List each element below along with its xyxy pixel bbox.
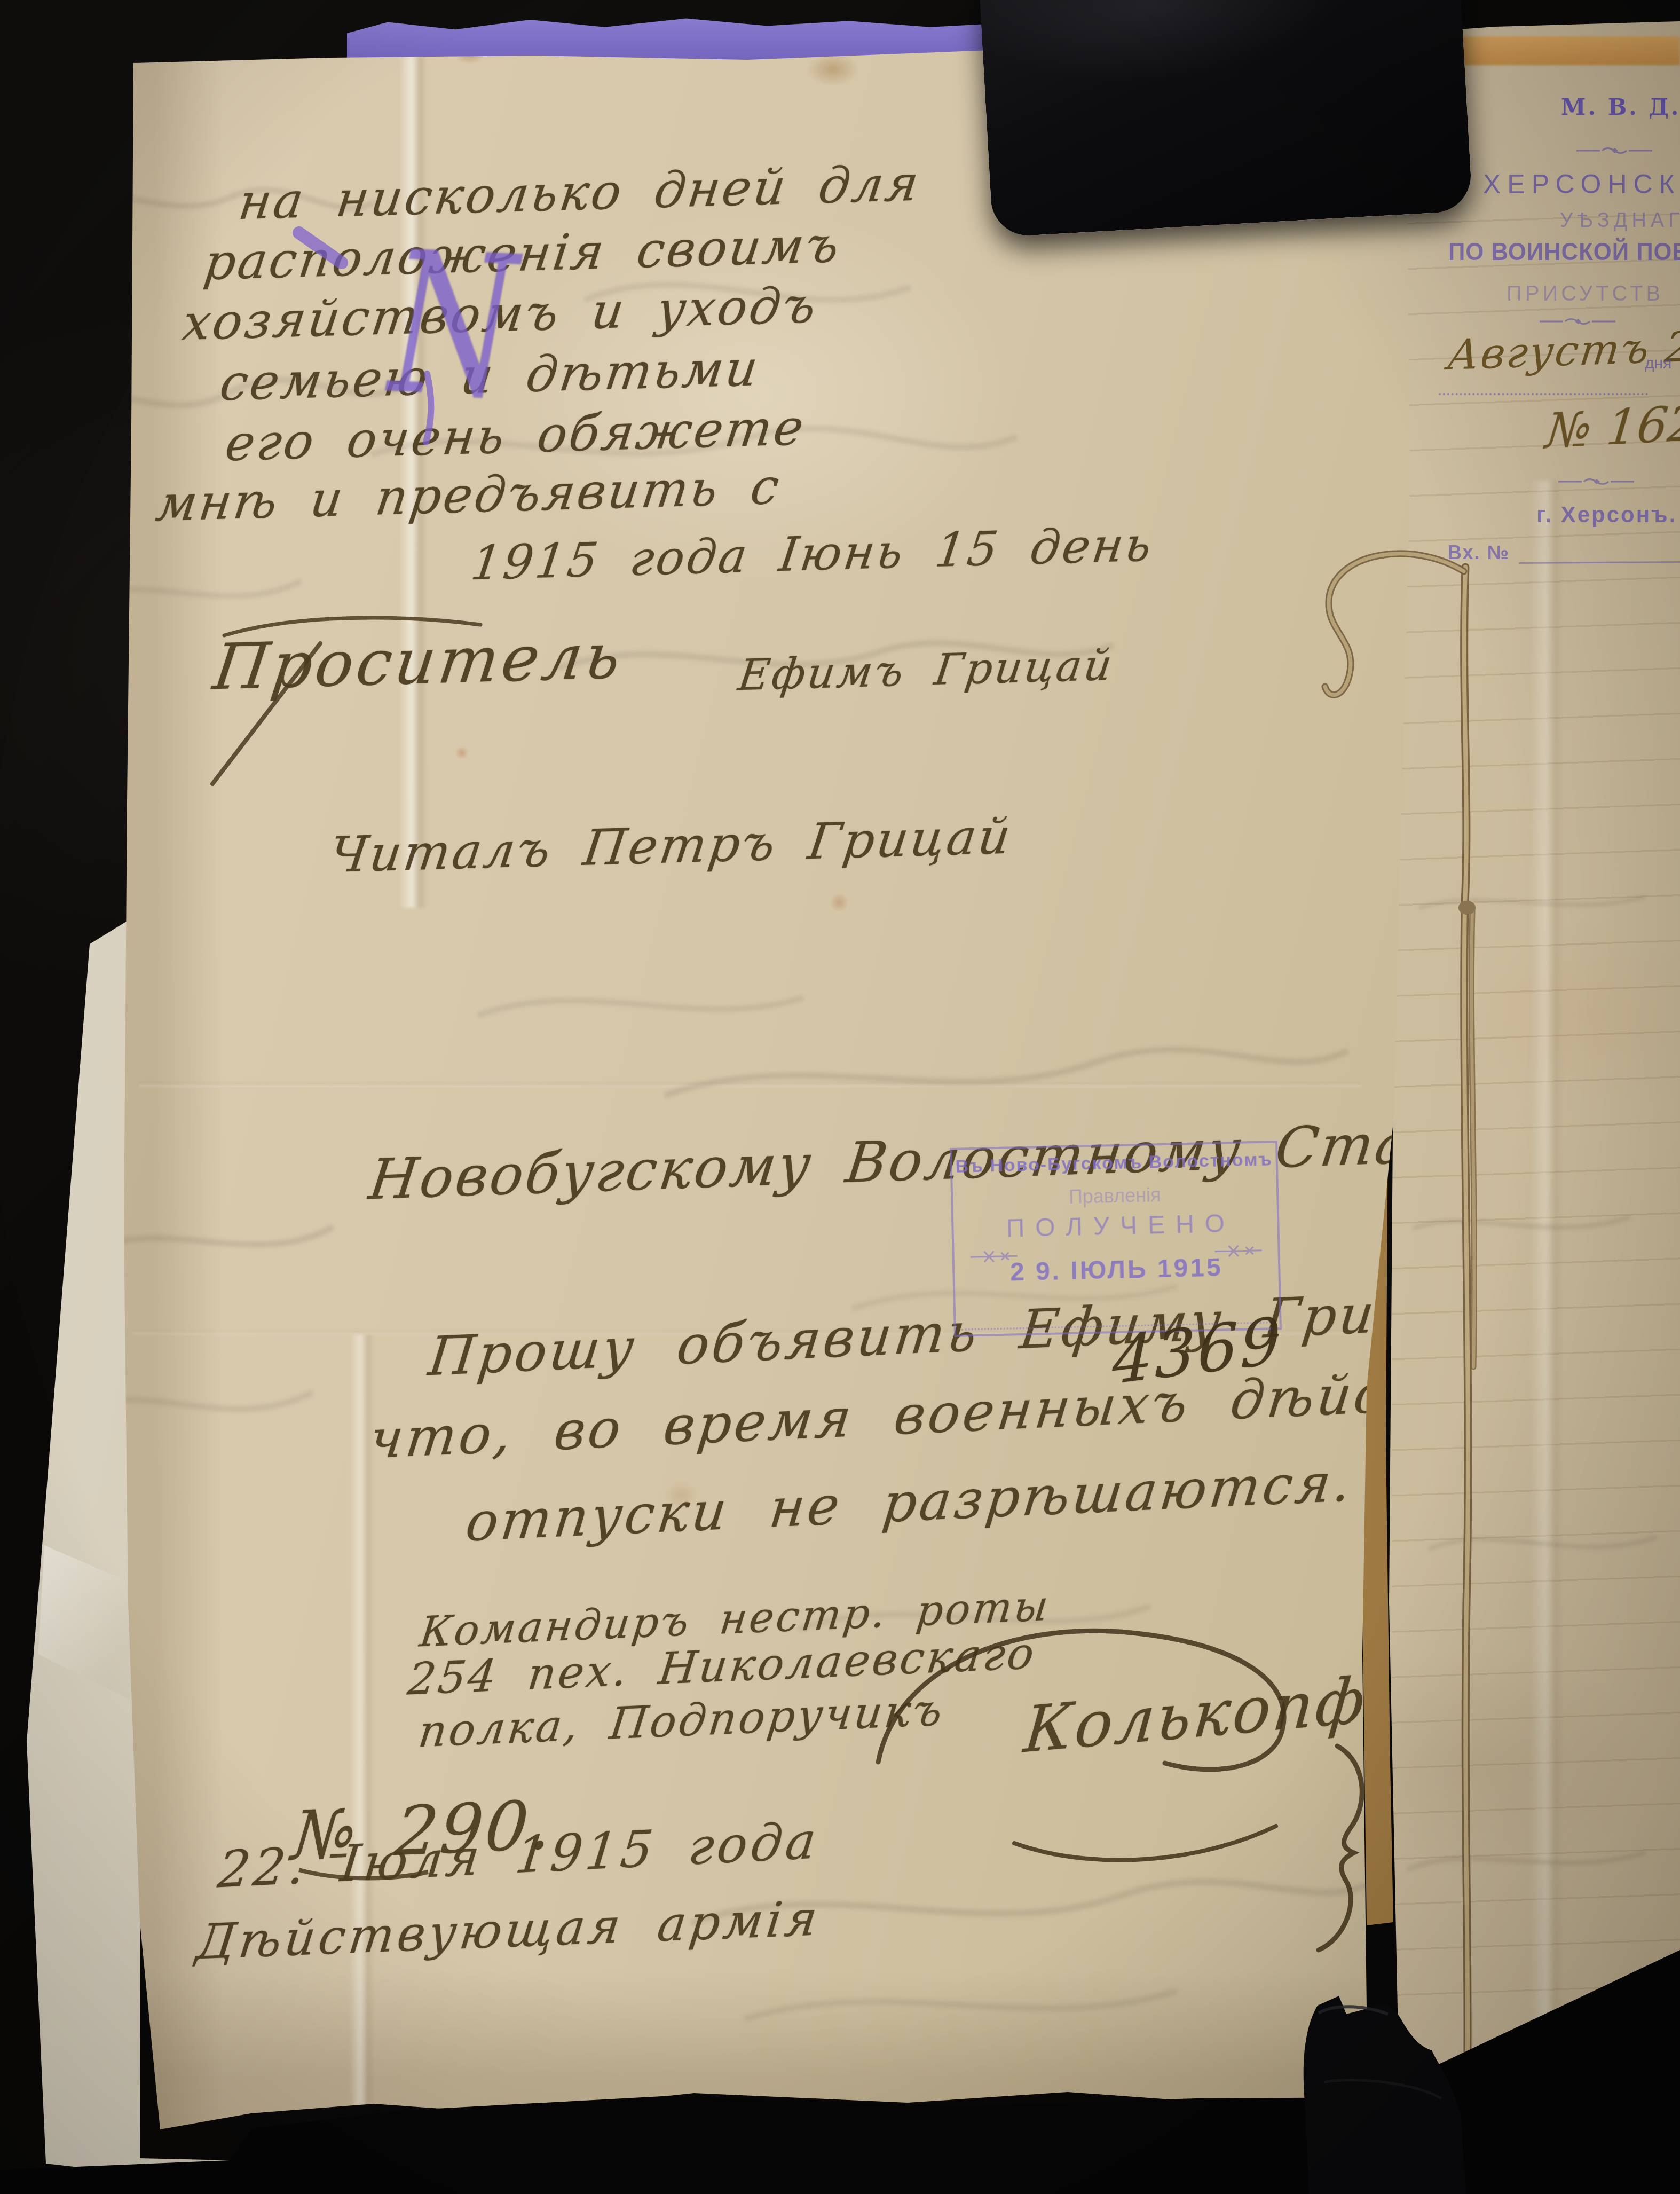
stamp-line: ПОЛУЧЕНО bbox=[953, 1208, 1277, 1245]
witness-read-line: Читалъ Петръ Грицай bbox=[326, 807, 1016, 884]
orange-edge-band bbox=[1441, 36, 1680, 65]
binder-clip-top bbox=[977, 0, 1473, 238]
petitioner-signature-name: Ефимъ Грицай bbox=[736, 640, 1117, 700]
letter-body-line: отпуски не разрѣшаются. — bbox=[463, 1446, 1454, 1553]
letterhead-office-line: ПО ВОИНСКОЙ ПОВИ bbox=[1448, 237, 1680, 266]
stamp-line: Въ Ново-Бугскомъ Волостномъ bbox=[952, 1149, 1276, 1177]
letterhead-ministry: М. В. Д. bbox=[1561, 94, 1680, 120]
letterhead-day-label: дня bbox=[1645, 355, 1671, 373]
stamp-line: Правленія bbox=[953, 1181, 1277, 1211]
archival-photo: М. В. Д. ХЕРСОНСК УѢЗДНАГО ПО ВОИНСКОЙ П… bbox=[0, 0, 1680, 2194]
date-underline bbox=[1439, 393, 1648, 395]
letterhead-city: г. Херсонъ. bbox=[1536, 502, 1677, 528]
sheet-edge-crease bbox=[139, 1083, 1361, 1087]
flourish-divider-icon bbox=[1574, 145, 1654, 156]
page-crease bbox=[1530, 481, 1562, 2029]
petitioner-signature-label: Проситель bbox=[209, 619, 628, 704]
letterhead-office-line: УѢЗДНАГО bbox=[1560, 209, 1680, 232]
letterhead-office-line: ХЕРСОНСК bbox=[1483, 169, 1680, 200]
flourish-divider-icon bbox=[1537, 316, 1618, 327]
letterhead-office-line: ПРИСУТСТВ bbox=[1507, 282, 1663, 306]
army-note: Дѣйствующая армія bbox=[193, 1890, 823, 1970]
officer-signature: Колькопфъ bbox=[1021, 1659, 1414, 1767]
received-stamp: Въ Ново-Бугскомъ Волостномъ Правленія ПО… bbox=[950, 1141, 1282, 1337]
handwriting-line: 1915 года Іюнь 15 день bbox=[468, 516, 1157, 591]
flourish-divider-icon bbox=[1556, 476, 1636, 487]
incoming-number-label: Вх. № bbox=[1448, 541, 1510, 564]
letterhead-number-handwritten: № 162 bbox=[1543, 395, 1680, 460]
